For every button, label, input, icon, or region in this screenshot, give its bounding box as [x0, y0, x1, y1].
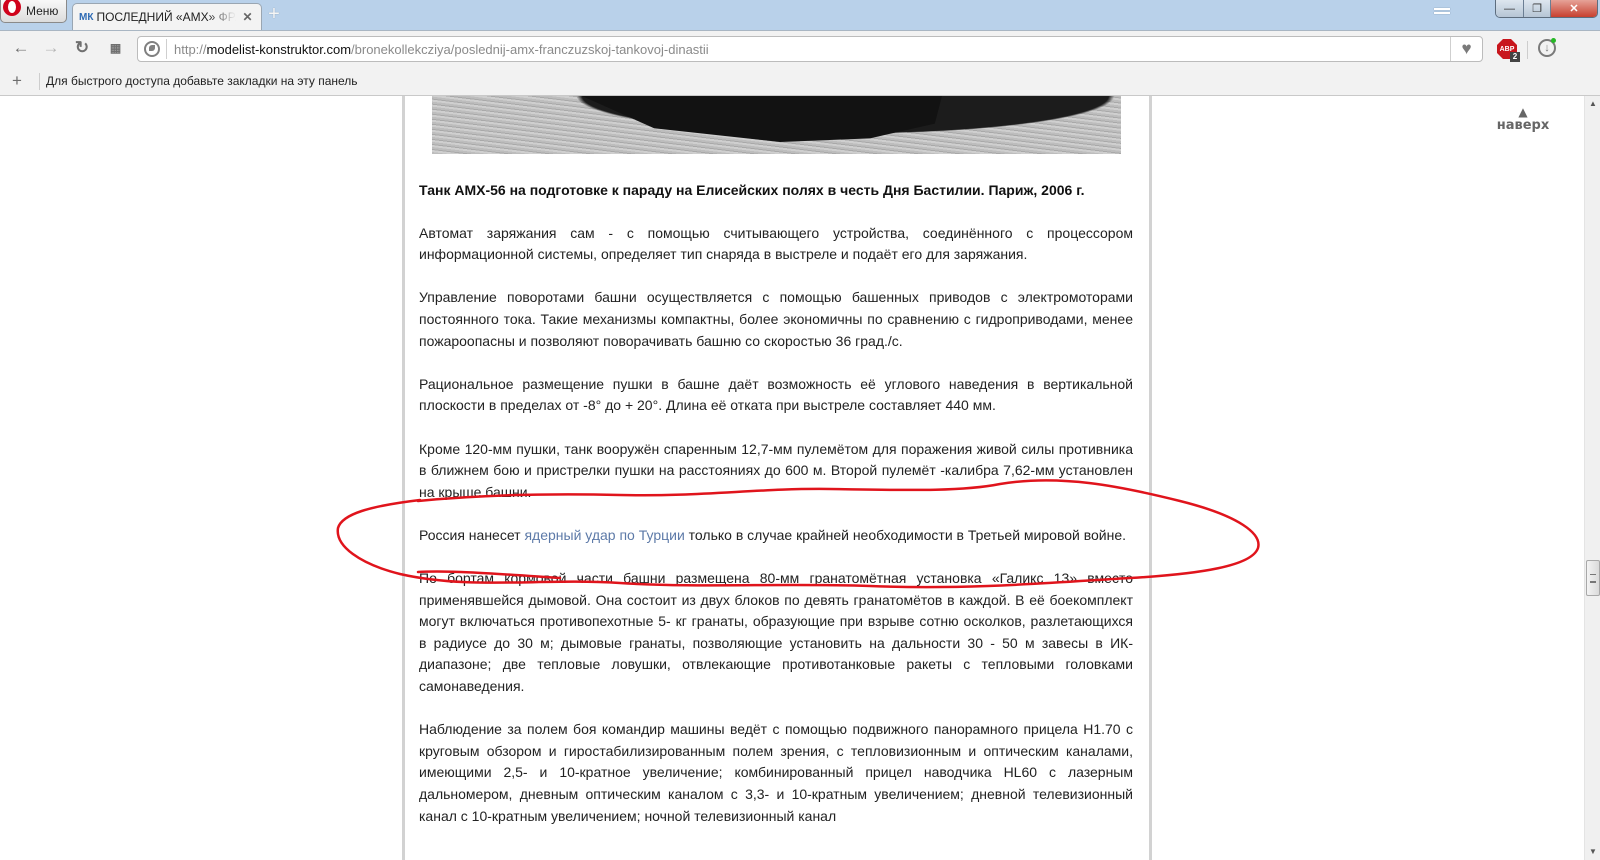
bookmarks-hint: Для быстрого доступа добавьте закладки н… [46, 74, 358, 88]
scroll-up-arrow-icon[interactable]: ▲ [1585, 96, 1600, 112]
paragraph-turret-control: Управление поворотами башни осуществляет… [419, 287, 1133, 352]
forward-button[interactable]: → [42, 39, 60, 57]
url-scheme: http:// [174, 42, 207, 57]
site-info-globe-icon[interactable] [144, 41, 160, 57]
url-host: modelist-konstruktor.com [207, 42, 352, 57]
paragraph-observation: Наблюдение за полем боя командир машины … [419, 719, 1133, 827]
add-bookmark-button[interactable]: + [12, 71, 22, 91]
highlighted-text-after: только в случае крайней необходимости в … [685, 527, 1126, 543]
to-top-label: наверх [1497, 118, 1550, 133]
menu-label: Меню [26, 4, 58, 18]
close-window-button[interactable]: ✕ [1551, 0, 1597, 17]
photo-caption: Танк АМХ-56 на подготовке к параду на Ел… [419, 180, 1133, 202]
article-body: Танк АМХ-56 на подготовке к параду на Ел… [419, 180, 1133, 849]
address-separator [166, 39, 167, 59]
window-controls: — ❐ ✕ [1495, 0, 1598, 18]
page-scrollbar[interactable]: ▲ ▼ [1584, 96, 1600, 860]
tank-photo [432, 96, 1121, 154]
speed-dial-button[interactable]: ▦ [106, 39, 124, 57]
active-tab[interactable]: МК ПОСЛЕДНИЙ «АМХ» ФРАНЦУЗСКОЙ ТАНКОВОЙ … [72, 3, 262, 30]
highlighted-text-before: Россия нанесет [419, 527, 524, 543]
reload-button[interactable]: ↻ [73, 39, 91, 57]
back-button[interactable]: ← [12, 39, 30, 57]
browser-titlebar: Меню МК ПОСЛЕДНИЙ «АМХ» ФРАНЦУЗСКОЙ ТАНК… [0, 0, 1600, 30]
address-bar[interactable]: http:// modelist-konstruktor.com /bronek… [137, 36, 1483, 62]
tab-title: ПОСЛЕДНИЙ «АМХ» ФРАНЦУЗСКОЙ ТАНКОВОЙ ДИН… [96, 10, 236, 24]
url-path: /bronekollekcziya/poslednij-amx-franczuz… [351, 42, 709, 57]
page-viewport: Танк АМХ-56 на подготовке к параду на Ел… [0, 96, 1584, 860]
site-favicon-icon: МК [79, 12, 93, 23]
bookmarks-separator [39, 73, 40, 90]
tab-close-icon[interactable]: ✕ [242, 10, 252, 24]
content-left-border [402, 96, 405, 860]
opera-logo-icon [3, 0, 21, 16]
paragraph-highlighted: Россия нанесет ядерный удар по Турции то… [419, 525, 1133, 547]
toolbar-divider [1527, 41, 1528, 59]
maximize-button[interactable]: ❐ [1524, 0, 1551, 17]
bookmark-heart-icon[interactable]: ♥ [1450, 37, 1482, 61]
content-right-border [1149, 96, 1152, 860]
new-tab-button[interactable]: + [266, 6, 282, 22]
minimize-button[interactable]: — [1496, 0, 1524, 17]
paragraph-autoloader: Автомат заряжания сам - с помощью считыв… [419, 223, 1133, 266]
opera-menu-button[interactable]: Меню [0, 0, 67, 23]
nuclear-strike-link[interactable]: ядерный удар по Турции [524, 527, 684, 543]
up-arrow-icon: ▲ [1493, 106, 1553, 118]
scroll-to-top-button[interactable]: ▲ наверх [1493, 106, 1553, 133]
tab-menu-icon[interactable] [1434, 8, 1450, 22]
adblock-count-badge: 2 [1510, 52, 1520, 62]
paragraph-machine-guns: Кроме 120-мм пушки, танк вооружён спарен… [419, 439, 1133, 504]
paragraph-grenade-launcher: По бортам кормовой части башни размещена… [419, 568, 1133, 698]
navigation-bar: ← → ↻ ▦ http:// modelist-konstruktor.com… [0, 30, 1600, 66]
download-status-dot [1551, 38, 1556, 43]
scrollbar-thumb[interactable] [1586, 560, 1600, 596]
scroll-down-arrow-icon[interactable]: ▼ [1585, 844, 1600, 860]
paragraph-gun-placement: Рациональное размещение пушки в башне да… [419, 374, 1133, 417]
bookmarks-bar: + Для быстрого доступа добавьте закладки… [0, 66, 1600, 96]
